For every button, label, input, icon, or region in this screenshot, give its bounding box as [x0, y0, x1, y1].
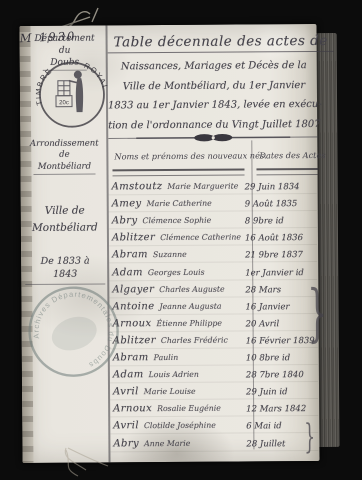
entry-date: 12 Mars 1842	[246, 404, 318, 415]
entry-given-names: Clémence Sophie	[142, 216, 211, 225]
entry-date: 29 Juin 1834	[245, 182, 317, 193]
photo-backdrop: { "margin": { "department": ["Départemen…	[0, 0, 362, 480]
entry-given-names: Anne Marie	[144, 438, 190, 447]
entry-date: 16 Août 1836	[245, 233, 317, 244]
entry-date: 10 8bre id	[246, 353, 318, 364]
entry-date: 29 Juin id	[246, 387, 318, 398]
binding-strip	[19, 26, 33, 463]
entry-given-names: Charles Frédéric	[161, 336, 228, 345]
binding-threads	[52, 446, 132, 480]
title-block: Table décennale des actes de Naissances,…	[108, 33, 321, 135]
entry-given-names: Marie Marguerite	[167, 182, 238, 191]
ville-label: Ville de Montbéliard	[27, 202, 103, 236]
ville-line2: Montbéliard	[27, 219, 103, 236]
title-line2: Naissances, Mariages et Décès de la	[108, 56, 320, 77]
entry-date: 8 9bre id	[245, 216, 317, 227]
title-line3: Ville de Montbéliard, du 1er Janvier	[108, 75, 320, 96]
entry-given-names: Étienne Philippe	[156, 318, 221, 327]
entry-given-names: Suzanne	[153, 250, 187, 259]
entry-given-names: Marie Louise	[144, 387, 196, 396]
header-rule-dates	[256, 168, 318, 175]
entries-list: AmstoutzMarie Marguerite29 Juin 1834 Ame…	[109, 177, 319, 452]
ville-line1: Ville de	[27, 202, 103, 219]
title-line1: Table décennale des actes de	[108, 33, 320, 53]
pen-brace-mark: }	[307, 276, 327, 349]
column-header-dates: Dates des Actes	[259, 150, 325, 160]
entry-date: 21 9bre 1837	[245, 250, 317, 261]
title-line4: 1833 au 1er Janvier 1843, levée en exécu…	[108, 95, 320, 116]
entry-given-names: Georges Louis	[148, 267, 205, 276]
entry-given-names: Jeanne Augusta	[159, 301, 221, 310]
ornament-divider	[108, 131, 318, 144]
entry-date: 28 7bre 1840	[246, 370, 318, 381]
entry-given-names: Charles Auguste	[159, 284, 224, 293]
pen-brace-mark: }	[304, 417, 315, 457]
timbre-value: 20c	[59, 100, 69, 106]
entry-given-names: Paulin	[154, 353, 179, 362]
entry-date: 9 Août 1835	[245, 199, 317, 210]
entry-given-names: Louis Adrien	[149, 370, 199, 379]
register-page: Département du Doubs TIMBRE ROYAL 20c Ar…	[19, 24, 319, 463]
arrondissement-label: Arrondissement de Montbéliard	[24, 138, 104, 175]
entry-given-names: Clémence Catherine	[160, 233, 241, 243]
arrondissement-line2: Montbéliard	[34, 161, 95, 175]
column-header-names: Noms et prénoms des nouveaux nés.	[114, 150, 266, 161]
entry-given-names: Marie Catherine	[147, 199, 212, 208]
arrondissement-line1: Arrondissement de	[24, 138, 104, 161]
entry-given-names: Clotilde Joséphine	[144, 421, 216, 431]
table-row: AbryAnne Marie28 Juillet	[110, 433, 318, 452]
timbre-royal-stamp: TIMBRE ROYAL 20c	[36, 58, 109, 131]
entry-given-names: Rosalie Eugénie	[157, 404, 221, 413]
